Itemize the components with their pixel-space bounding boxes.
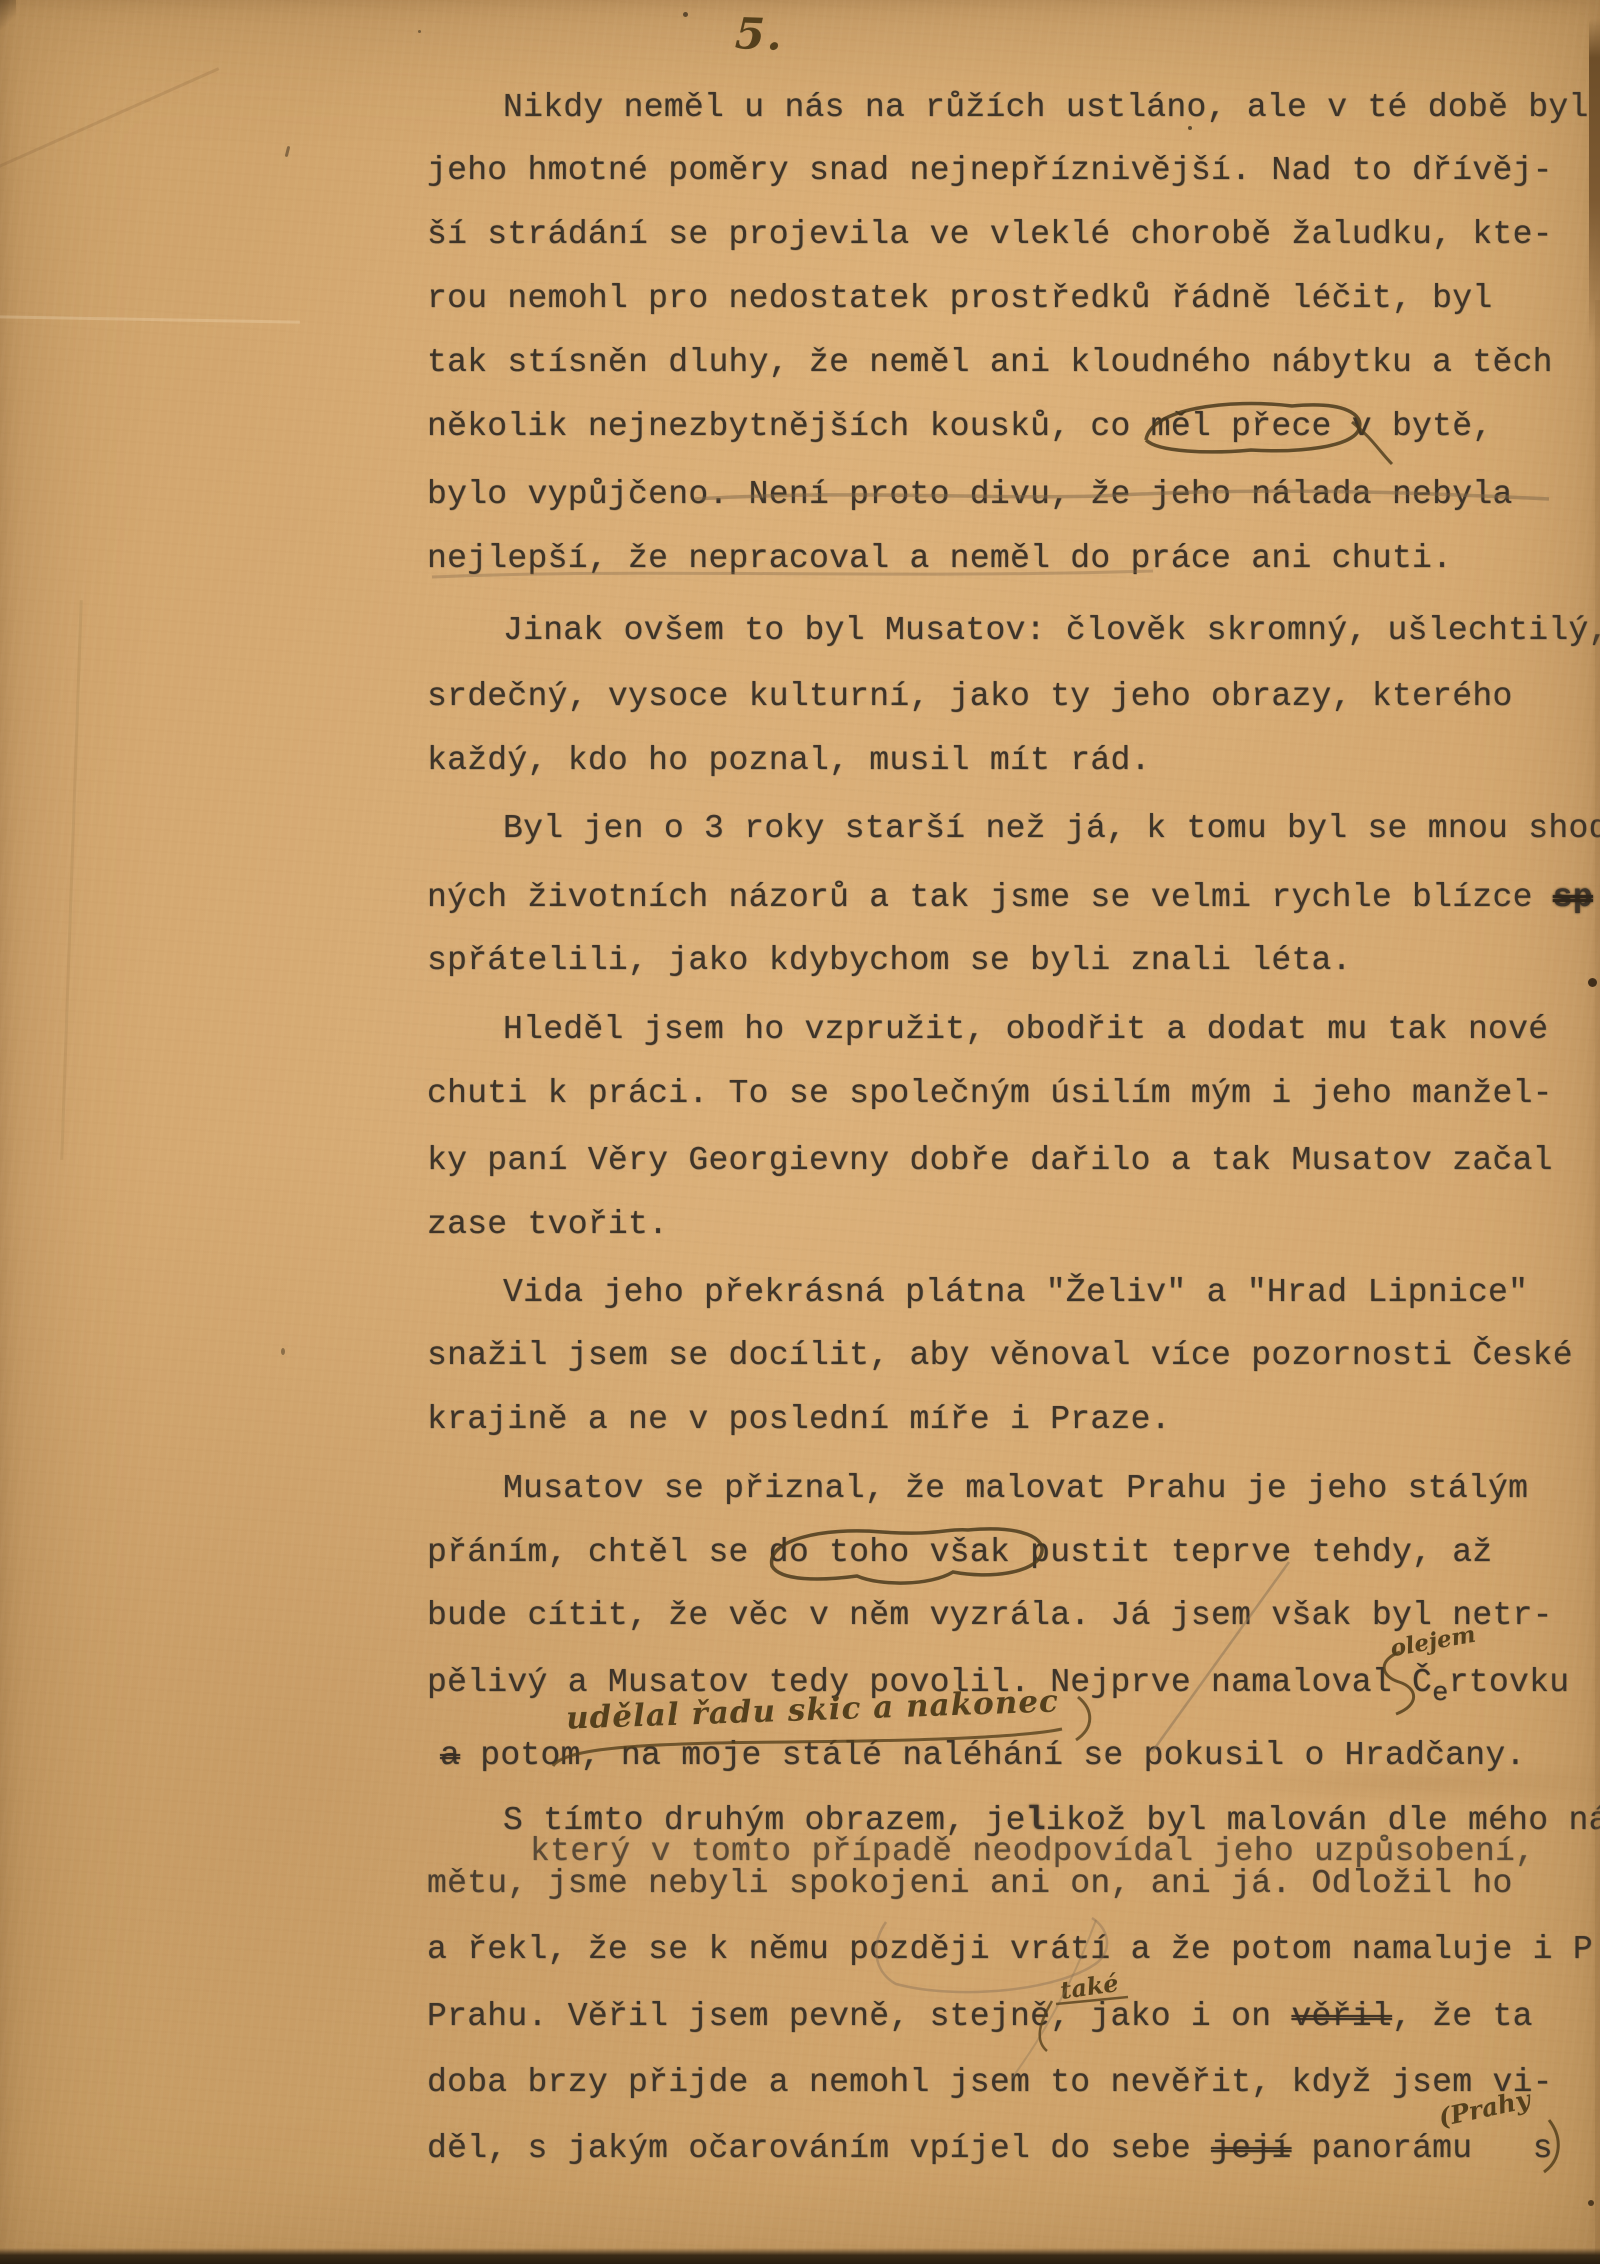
typed-segment: mětu, jsme nebyli spokojeni ani on, ani … <box>427 1865 1513 1902</box>
typed-line: Vida jeho překrásná plátna "Želiv" a "Hr… <box>503 1274 1528 1312</box>
typed-segment: , že ta <box>1392 1998 1533 2035</box>
typed-segment: bylo vypůjčeno. Není proto divu, že jeho… <box>427 476 1513 513</box>
typed-line: zase tvořit. <box>427 1206 668 1244</box>
typed-segment-sub: e <box>1432 1675 1449 1713</box>
typed-segment: nejlepší, že nepracoval a neměl do práce… <box>427 540 1452 577</box>
typed-segment: rtovku <box>1449 1664 1570 1701</box>
typed-segment: Vida jeho překrásná plátna "Želiv" a "Hr… <box>503 1274 1528 1311</box>
typed-line: nejlepší, že nepracoval a neměl do práce… <box>427 540 1452 578</box>
annotation-marks-layer <box>0 0 1600 2264</box>
typed-segment: bude cítit, že věc v něm vyzrála. Já jse… <box>427 1597 1553 1634</box>
typed-line: ky paní Věry Georgievny dobře dařilo a t… <box>427 1142 1553 1180</box>
typed-line: mětu, jsme nebyli spokojeni ani on, ani … <box>427 1865 1513 1903</box>
typed-line: tak stísněn dluhy, že neměl ani kloudnéh… <box>427 344 1553 382</box>
typed-segment: Hleděl jsem ho vzpružit, obodřit a dodat… <box>503 1011 1548 1048</box>
ink-speck <box>683 12 688 17</box>
typed-line: a řekl, že se k němu později vrátí a že … <box>427 1931 1593 1969</box>
typed-segment: srdečný, vysoce kulturní, jako ty jeho o… <box>427 678 1513 715</box>
typed-line: snažil jsem se docílit, aby věnoval více… <box>427 1337 1573 1375</box>
typed-segment: potom, na moje stálé naléhání se pokusil… <box>460 1737 1525 1774</box>
typed-segment: a řekl, že se k němu později vrátí a že … <box>427 1931 1593 1968</box>
edge-notch <box>1588 978 1597 987</box>
typed-line: srdečný, vysoce kulturní, jako ty jeho o… <box>427 678 1513 716</box>
typed-segment-strike2: věřil <box>1291 1998 1392 2035</box>
typed-line: Musatov se přiznal, že malovat Prahu je … <box>503 1470 1528 1508</box>
typed-segment: děl, s jakým očarováním vpíjel do sebe <box>427 2130 1211 2167</box>
ink-speck <box>1188 126 1192 130</box>
typed-line: několik nejnezbytnějších kousků, co měl … <box>427 408 1492 446</box>
typed-line: Jinak ovšem to byl Musatov: člověk skrom… <box>503 612 1600 650</box>
typed-line: jeho hmotné poměry snad nejnepříznivější… <box>427 152 1553 190</box>
paper-texture <box>0 0 1600 2264</box>
typed-line: bylo vypůjčeno. Není proto divu, že jeho… <box>427 476 1513 514</box>
ink-speck <box>281 1348 285 1355</box>
paper-crease <box>0 67 219 175</box>
typed-segment: panorámu s <box>1291 2130 1552 2167</box>
typed-segment: jeho hmotné poměry snad nejnepříznivější… <box>427 152 1553 189</box>
page-edge-bottom-dark <box>0 2248 1600 2264</box>
typed-line: bude cítit, že věc v něm vyzrála. Já jse… <box>427 1597 1553 1635</box>
typed-segment: chuti k práci. To se společným úsilím mý… <box>427 1075 1553 1112</box>
typed-line: každý, kdo ho poznal, musil mít rád. <box>427 742 1151 780</box>
typed-segment-strike2: její <box>1211 2130 1291 2167</box>
typed-segment: doba brzy přijde a nemohl jsem to nevěři… <box>427 2064 1553 2101</box>
manuscript-page: 5. Nikdy neměl u nás na růžích ustláno, … <box>0 0 1600 2264</box>
typed-line: Byl jen o 3 roky starší než já, k tomu b… <box>503 810 1600 848</box>
page-corner-mark <box>0 0 16 30</box>
typed-segment: ných životních názorů a tak jsme se velm… <box>427 879 1553 916</box>
typed-segment: Musatov se přiznal, že malovat Prahu je … <box>503 1470 1528 1507</box>
paper-crease <box>0 315 300 323</box>
typed-line: děl, s jakým očarováním vpíjel do sebe j… <box>427 2130 1553 2168</box>
typed-segment: rou nemohl pro nedostatek prostředků řád… <box>427 280 1492 317</box>
typed-line: ných životních názorů a tak jsme se velm… <box>427 879 1593 917</box>
page-edge-right <box>1595 300 1600 2264</box>
typed-line: a potom, na moje stálé naléhání se pokus… <box>440 1737 1526 1775</box>
typed-line: rou nemohl pro nedostatek prostředků řád… <box>427 280 1492 318</box>
typed-segment: Byl jen o 3 roky starší než já, k tomu b… <box>503 810 1600 847</box>
typed-segment: zase tvořit. <box>427 1206 668 1243</box>
typed-segment-strike2: a <box>440 1737 460 1774</box>
edge-notch <box>1588 2200 1594 2206</box>
typed-segment: Nikdy neměl u nás na růžích ustláno, ale… <box>503 89 1600 126</box>
page-edge-right-dark <box>1589 18 1600 348</box>
typed-line: přáním, chtěl se do toho však pustit tep… <box>427 1534 1492 1572</box>
page-number: 5. <box>734 9 785 61</box>
typed-segment: krajině a ne v poslední míře i Praze. <box>427 1401 1171 1438</box>
ink-speck <box>418 30 421 33</box>
typed-line: Nikdy neměl u nás na růžích ustláno, ale… <box>503 89 1600 127</box>
typed-segment: několik nejnezbytnějších kousků, co měl … <box>427 408 1492 445</box>
typed-line: ší strádání se projevila ve vleklé choro… <box>427 216 1553 254</box>
typed-segment: každý, kdo ho poznal, musil mít rád. <box>427 742 1151 779</box>
pencil-insertion-slash <box>1152 1562 1289 1752</box>
typed-segment: tak stísněn dluhy, že neměl ani kloudnéh… <box>427 344 1553 381</box>
typed-segment: Jinak ovšem to byl Musatov: člověk skrom… <box>503 612 1600 649</box>
paper-crease <box>60 600 83 1160</box>
typed-segment: spřátelili, jako kdybychom se byli znali… <box>427 942 1352 979</box>
typed-line: Prahu. Věřil jsem pevně, stejně, jako i … <box>427 1998 1533 2036</box>
typed-segment: snažil jsem se docílit, aby věnoval více… <box>427 1337 1573 1374</box>
typed-line: chuti k práci. To se společným úsilím mý… <box>427 1075 1553 1113</box>
typed-segment: Prahu. Věřil jsem pevně, stejně, jako i … <box>427 1998 1291 2035</box>
typed-segment: ky paní Věry Georgievny dobře dařilo a t… <box>427 1142 1553 1179</box>
typed-segment: ší strádání se projevila ve vleklé choro… <box>427 216 1553 253</box>
typed-segment: přáním, chtěl se do toho však pustit tep… <box>427 1534 1492 1571</box>
typed-line: spřátelili, jako kdybychom se byli znali… <box>427 942 1352 980</box>
typed-segment-blot: sp <box>1553 879 1593 916</box>
typed-line: doba brzy přijde a nemohl jsem to nevěři… <box>427 2064 1553 2102</box>
typed-line: Hleděl jsem ho vzpružit, obodřit a dodat… <box>503 1011 1548 1049</box>
ink-speck <box>285 146 291 157</box>
typed-line: krajině a ne v poslední míře i Praze. <box>427 1401 1171 1439</box>
